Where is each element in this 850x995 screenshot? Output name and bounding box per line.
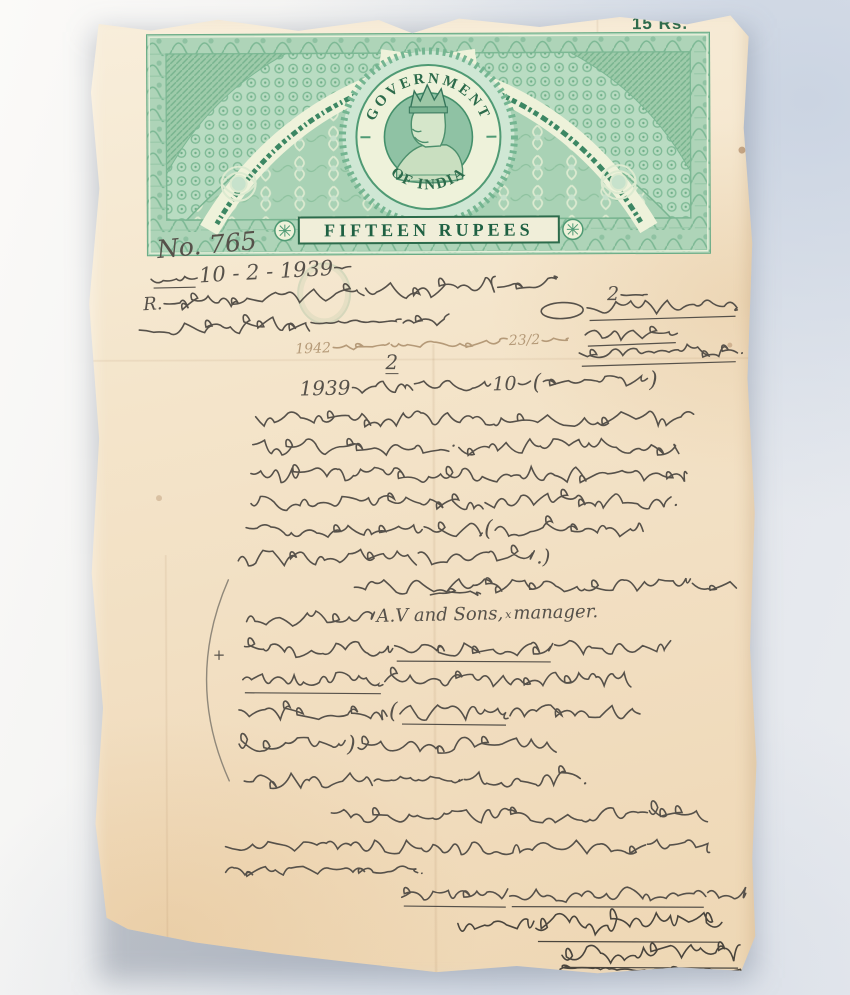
body2-line7: . (244, 764, 588, 795)
body2-line5: ( (239, 695, 640, 729)
body1-line2 (256, 403, 694, 435)
stain-spot (156, 495, 162, 501)
stain-spot (738, 147, 745, 154)
handwriting-layer: No. 76510 - 2 - 1939R.2.194223/22193910(… (84, 13, 754, 16)
body2-line3 (245, 633, 671, 665)
body2-line4 (243, 664, 631, 696)
photo-background: 15 Rs. (0, 0, 850, 995)
margin-x-mark: + (213, 648, 226, 663)
body2-line1 (354, 571, 736, 601)
body3-line3: . (226, 858, 425, 883)
body1-line3: · (253, 431, 679, 463)
pillaiyar-suzhi: 2 (385, 352, 398, 374)
body2-line2: A.V and Sons,xmanager. (246, 597, 598, 635)
revenue-stamp: GOVERNMENT OF INDIA FIFTEEN RUPEES (146, 32, 711, 256)
witness-sig-3: . (579, 335, 745, 369)
denomination-panel-text: FIFTEEN RUPEES (324, 220, 534, 241)
body2-line6: ) (239, 729, 556, 760)
stamp-paper-document: 15 Rs. (84, 13, 758, 978)
body1-line7: .) (238, 541, 550, 572)
margin-bracket (200, 578, 231, 783)
serial-number: No. 765 (156, 228, 258, 262)
body1-line5: . (251, 486, 679, 518)
denomination-panel: FIFTEEN RUPEES (275, 216, 583, 243)
fold-crease-left (164, 555, 169, 975)
body1-line1: 193910() (299, 367, 658, 403)
body3-line1 (331, 799, 707, 833)
